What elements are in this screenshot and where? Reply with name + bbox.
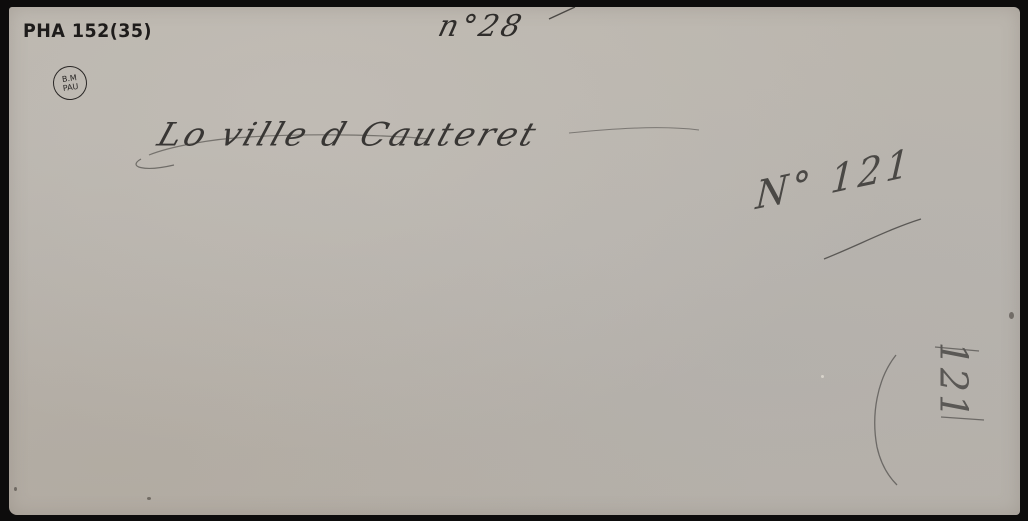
paper-speck [821, 375, 824, 378]
scan-canvas: PHA 152(35) B.M PAU n°28 Lo ville d Caut… [0, 0, 1028, 521]
stamp-line-2: PAU [62, 82, 79, 93]
handwriting-strokes [9, 7, 1020, 515]
paper-speck [14, 487, 17, 491]
document-card: PHA 152(35) B.M PAU n°28 Lo ville d Caut… [9, 7, 1020, 515]
top-number: n°28 [435, 9, 528, 44]
paper-speck [1009, 312, 1014, 319]
pencil-number: N° 121 [755, 140, 915, 219]
rotated-pencil-number: 121 [931, 342, 975, 421]
inventory-number: PHA 152(35) [23, 20, 152, 42]
paper-speck [147, 497, 151, 500]
handwritten-caption: Lo ville d Cauteret [153, 116, 544, 154]
library-stamp: B.M PAU [51, 64, 89, 102]
